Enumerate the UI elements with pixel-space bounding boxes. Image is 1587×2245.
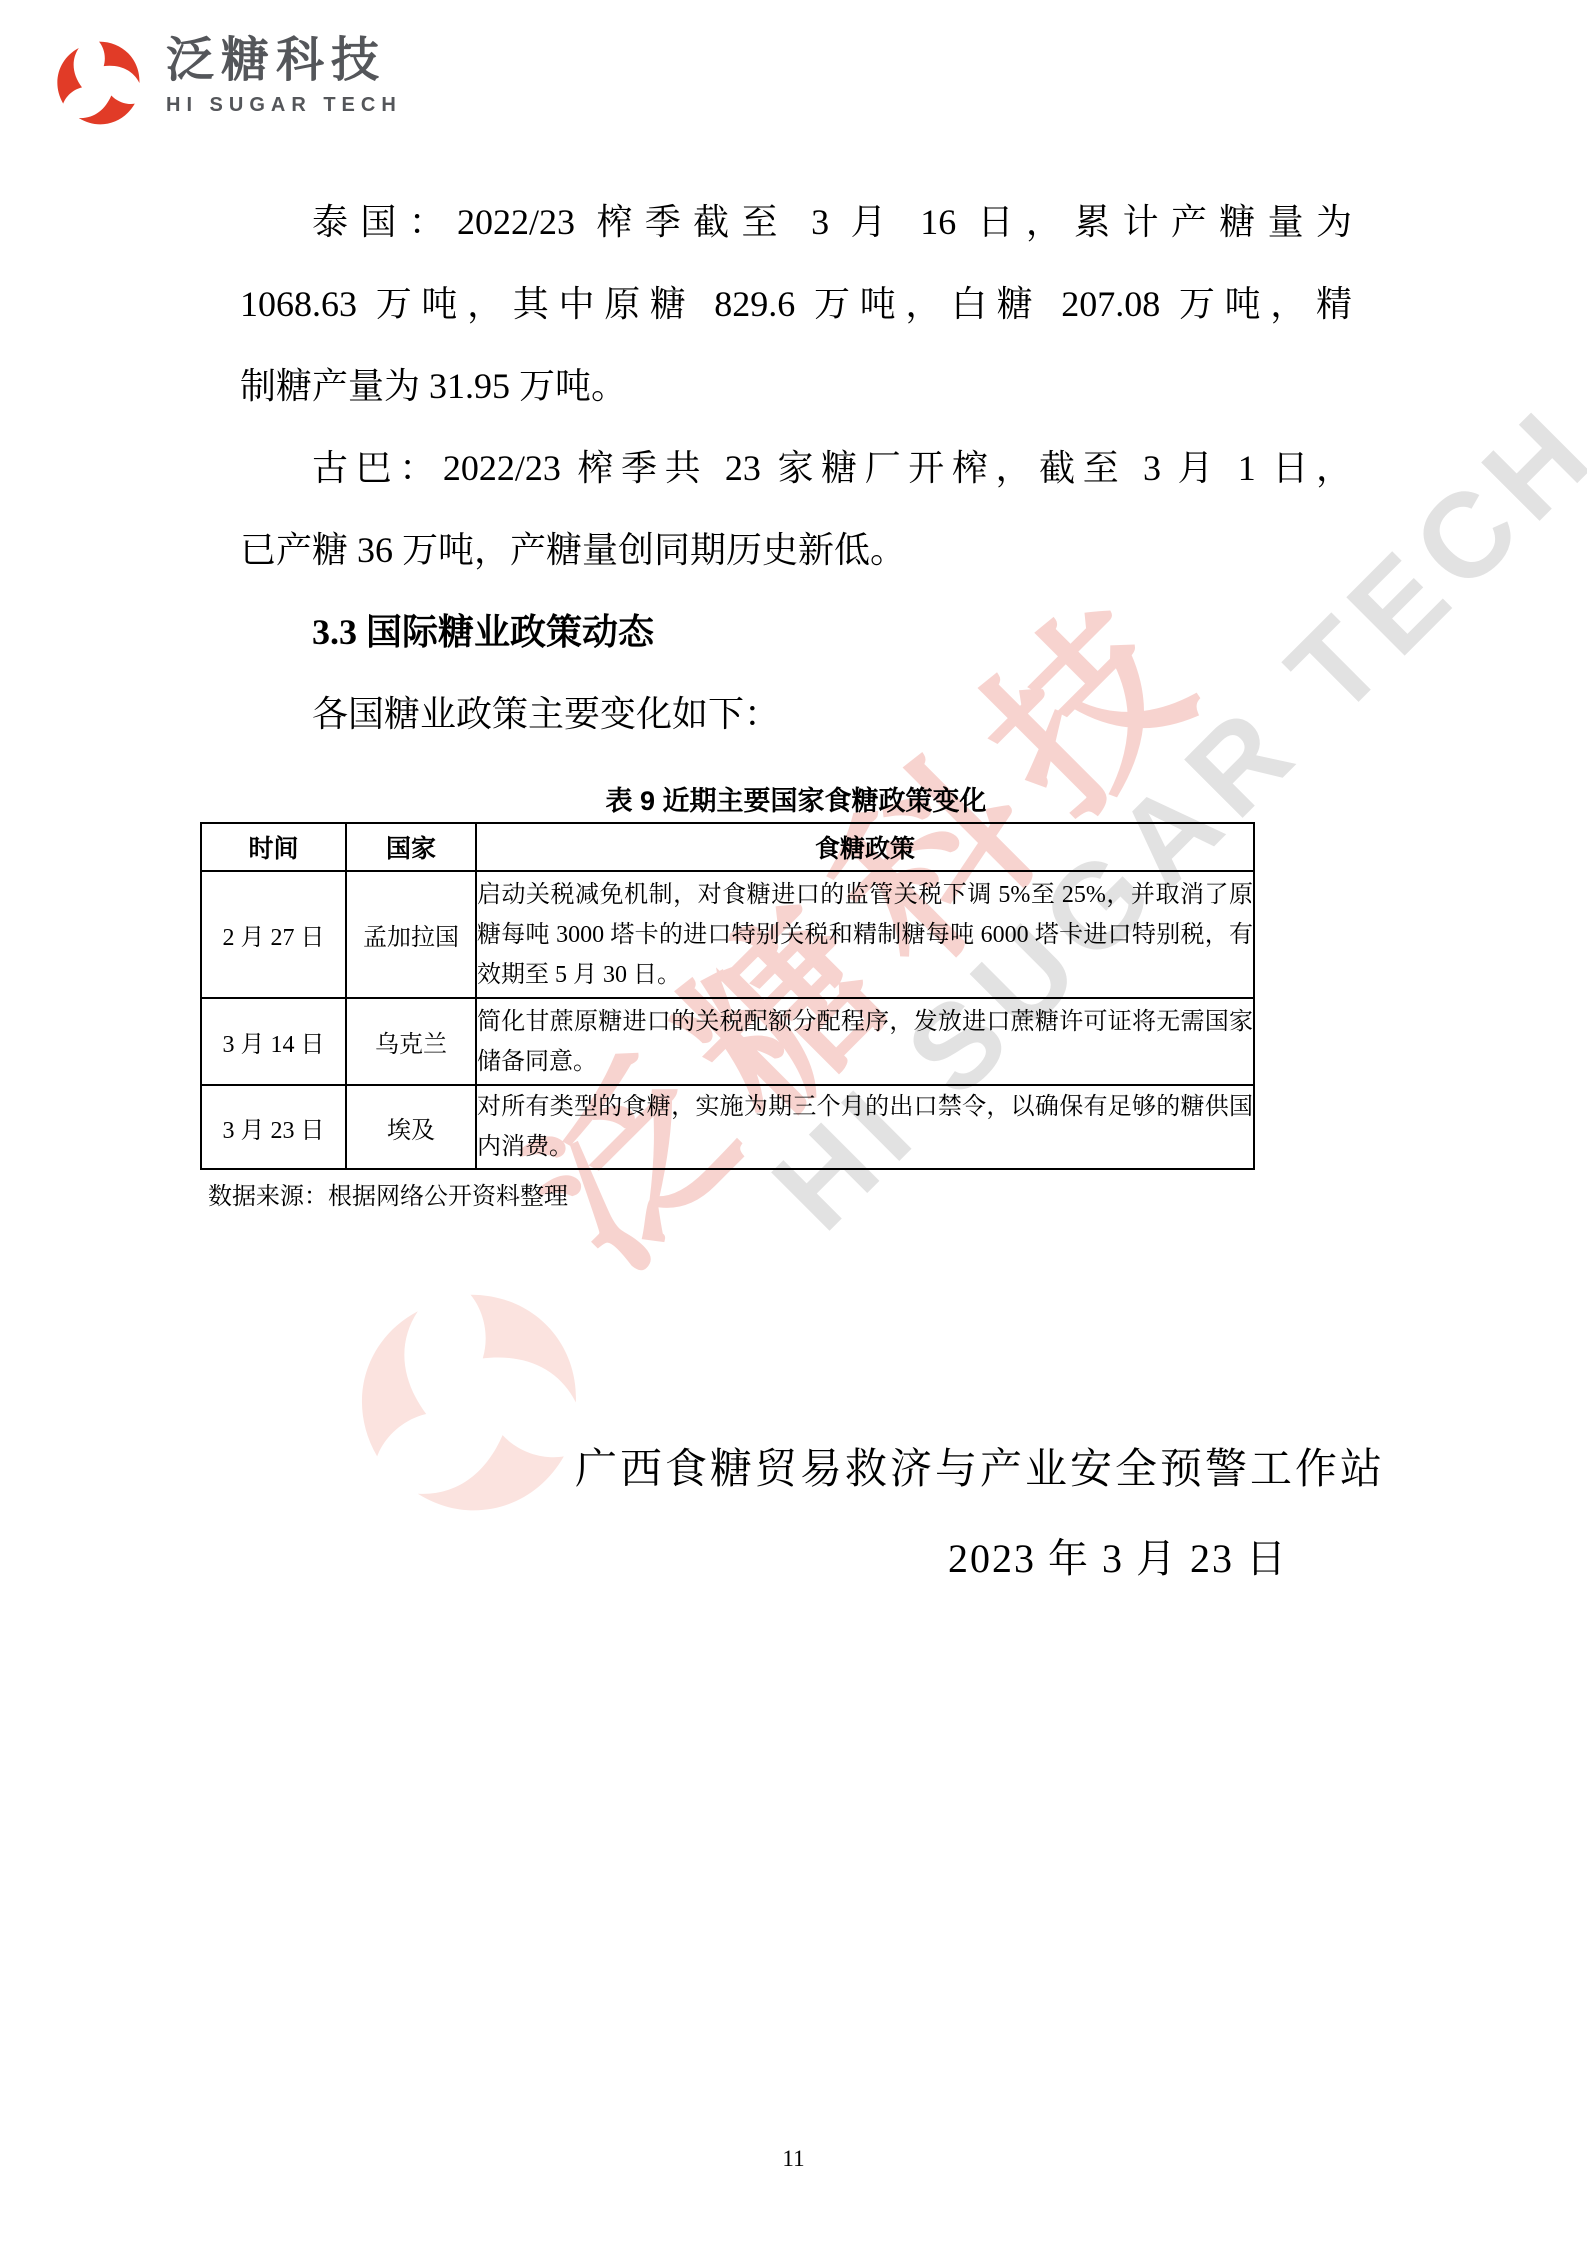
cell-policy: 简化甘蔗原糖进口的关税配额分配程序，发放进口蔗糖许可证将无需国家储备同意。 — [476, 998, 1254, 1085]
table-row: 3 月 14 日 乌克兰 简化甘蔗原糖进口的关税配额分配程序，发放进口蔗糖许可证… — [201, 998, 1254, 1085]
page-number: 11 — [0, 2146, 1587, 2172]
col-header-policy: 食糖政策 — [476, 823, 1254, 871]
watermark-swirl-icon — [348, 1280, 593, 1525]
body-line-p1-3: 制糖产量为 31.95 万吨。 — [240, 345, 1352, 427]
signature-org: 广西食糖贸易救济与产业安全预警工作站 — [575, 1436, 1385, 1496]
section-heading: 3.3 国际糖业政策动态 — [240, 591, 1352, 673]
cell-country: 孟加拉国 — [346, 871, 476, 998]
cell-date: 2 月 27 日 — [201, 871, 346, 998]
col-header-country: 国家 — [346, 823, 476, 871]
cell-date: 3 月 14 日 — [201, 998, 346, 1085]
col-header-time: 时间 — [201, 823, 346, 871]
table-title: 表 9 近期主要国家食糖政策变化 — [240, 779, 1352, 818]
brand-name-cn: 泛糖科技 — [166, 36, 402, 86]
cell-policy: 对所有类型的食糖，实施为期三个月的出口禁令，以确保有足够的糖供国内消费。 — [476, 1085, 1254, 1169]
body-line-p2-1: 古巴：2022/23 榨季共 23 家糖厂开榨，截至 3 月 1 日， — [240, 427, 1352, 509]
body-line-p1-2: 1068.63 万吨，其中原糖 829.6 万吨，白糖 207.08 万吨，精 — [240, 263, 1352, 345]
table-row: 3 月 23 日 埃及 对所有类型的食糖，实施为期三个月的出口禁令，以确保有足够… — [201, 1085, 1254, 1169]
cell-country: 乌克兰 — [346, 998, 476, 1085]
body-line-p3-1: 各国糖业政策主要变化如下： — [240, 673, 1352, 755]
cell-date: 3 月 23 日 — [201, 1085, 346, 1169]
brand-swirl-icon — [52, 36, 146, 130]
document-page: 泛糖科技 HI SUGAR TECH 泛糖科技 HI SUGAR TECH 泰国… — [0, 0, 1587, 2245]
signature-date: 2023 年 3 月 23 日 — [948, 1527, 1288, 1584]
body-line-p2-2: 已产糖 36 万吨，产糖量创同期历史新低。 — [240, 509, 1352, 591]
body-line-p1-1: 泰国：2022/23 榨季截至 3 月 16 日，累计产糖量为 — [240, 181, 1352, 263]
cell-policy: 启动关税减免机制，对食糖进口的监管关税下调 5%至 25%，并取消了原糖每吨 3… — [476, 871, 1254, 998]
table-header-row: 时间 国家 食糖政策 — [201, 823, 1254, 871]
brand-name-en: HI SUGAR TECH — [166, 94, 402, 117]
data-source-note: 数据来源：根据网络公开资料整理 — [208, 1176, 568, 1211]
table-row: 2 月 27 日 孟加拉国 启动关税减免机制，对食糖进口的监管关税下调 5%至 … — [201, 871, 1254, 998]
policy-table: 时间 国家 食糖政策 2 月 27 日 孟加拉国 启动关税减免机制，对食糖进口的… — [200, 822, 1255, 1170]
brand-logo: 泛糖科技 HI SUGAR TECH — [52, 36, 402, 130]
cell-country: 埃及 — [346, 1085, 476, 1169]
brand-logo-text: 泛糖科技 HI SUGAR TECH — [166, 36, 402, 117]
